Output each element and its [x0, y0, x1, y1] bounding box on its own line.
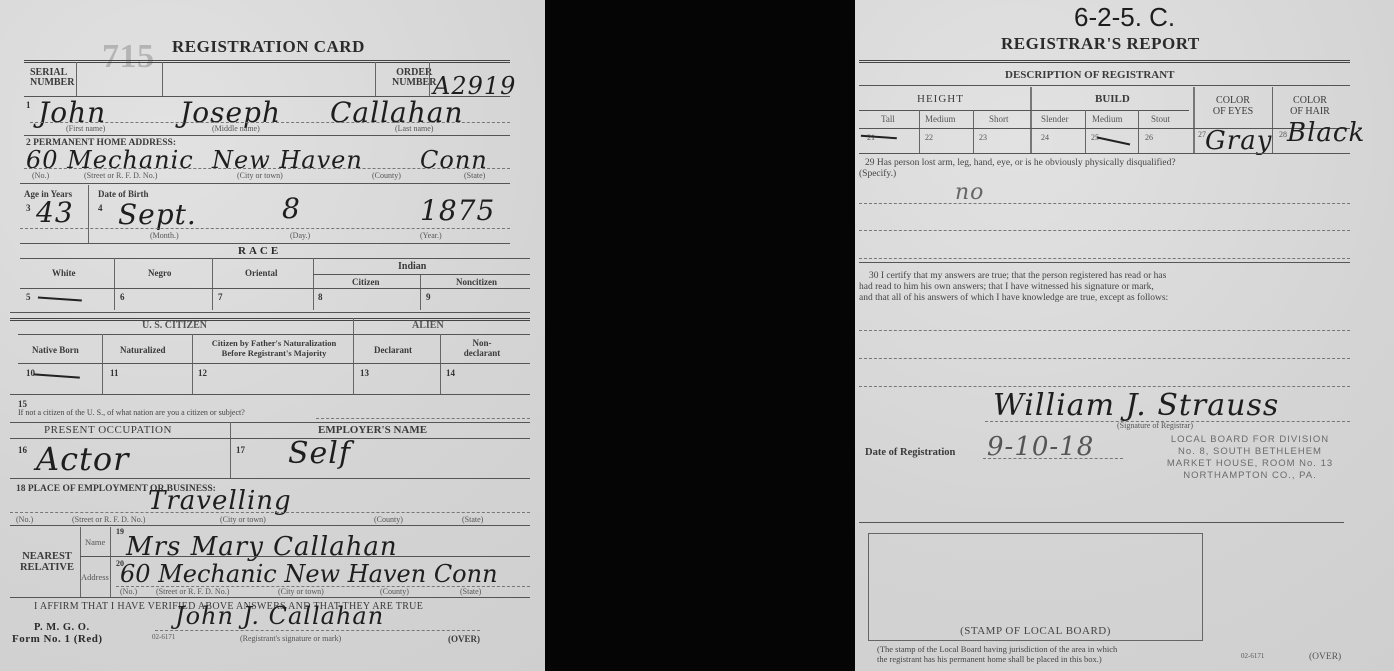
employer-field-number: 17 — [236, 445, 245, 455]
build-heading: BUILD — [1095, 93, 1130, 105]
rel-addr-label-street: (Street or R. F. D. No.) — [156, 587, 229, 596]
serial-label-line2: NUMBER — [30, 78, 74, 88]
race-col-negro: Negro — [148, 268, 171, 278]
height-field-23: 23 — [979, 133, 987, 142]
hair-heading-line1: COLOR — [1275, 95, 1345, 106]
citizen-field-14: 14 — [446, 368, 455, 378]
q30-certification: 30 I certify that my answers are true; t… — [859, 271, 1354, 304]
age-value: 43 — [36, 196, 74, 229]
registration-card-front: 715 REGISTRATION CARD SERIAL NUMBER ORDE… — [0, 0, 545, 671]
race-col-indian-citizen: Citizen — [352, 277, 380, 287]
registrant-signature-label: (Registrant's signature or mark) — [240, 634, 341, 643]
over-label: (OVER) — [448, 634, 480, 644]
occupation-heading: PRESENT OCCUPATION — [44, 424, 172, 436]
print-code: 02-6171 — [152, 633, 175, 641]
middle-name-label: (Middle name) — [212, 124, 260, 133]
nondeclarant-line2: declarant — [452, 348, 512, 358]
native-born-check-mark — [34, 369, 80, 378]
poe-label-state: (State) — [462, 515, 483, 524]
stamp-box: (STAMP OF LOCAL BOARD) — [868, 533, 1203, 641]
height-col-medium: Medium — [925, 114, 956, 124]
occupation-field-number: 16 — [18, 445, 27, 455]
age-field-number: 3 — [26, 203, 31, 213]
height-col-tall: Tall — [881, 114, 895, 124]
eye-color-value: Gray — [1205, 126, 1272, 156]
race-col-white: White — [52, 268, 76, 278]
dob-year-value: 1875 — [420, 194, 495, 227]
height-col-short: Short — [989, 114, 1009, 124]
poe-label-city: (City or town) — [220, 515, 266, 524]
hair-heading-line2: OF HAIR — [1275, 106, 1345, 117]
classification-number: 6-2-5. C. — [1074, 2, 1175, 33]
citizen-field-12: 12 — [198, 368, 207, 378]
date-of-registration-label: Date of Registration — [865, 447, 955, 458]
race-indian-heading: Indian — [398, 261, 426, 272]
hair-color-value: Black — [1287, 118, 1365, 148]
stamp-box-label: (STAMP OF LOCAL BOARD) — [869, 626, 1202, 637]
eye-heading-line2: OF EYES — [1199, 106, 1267, 117]
relative-name-value: Mrs Mary Callahan — [126, 532, 398, 562]
stamp-note-line2: the registrant has his permanent home sh… — [877, 654, 1117, 664]
alien-col-declarant: Declarant — [374, 345, 412, 355]
rel-addr-label-county: (County) — [380, 587, 409, 596]
hair-field-28: 28 — [1279, 130, 1287, 139]
us-citizen-heading: U. S. CITIZEN — [142, 320, 207, 331]
race-field-8: 8 — [318, 292, 323, 302]
citizen-col-native-born: Native Born — [32, 345, 79, 355]
dob-field-number: 4 — [98, 203, 103, 213]
dob-year-label: (Year.) — [420, 231, 442, 240]
nearest-relative-label: NEAREST RELATIVE — [14, 551, 80, 573]
employer-value: Self — [288, 436, 351, 471]
occupation-value: Actor — [36, 440, 129, 478]
addr-label-no: (No.) — [32, 171, 49, 180]
build-col-stout: Stout — [1151, 114, 1170, 124]
field-number: 1 — [26, 100, 31, 110]
serial-number-label: SERIAL NUMBER — [30, 68, 74, 88]
build-col-medium: Medium — [1092, 114, 1123, 124]
rel-addr-label-no: (No.) — [120, 587, 137, 596]
q29-question: 29 Has person lost arm, leg, hand, eye, … — [865, 158, 1176, 169]
q29-specify: (Specify.) — [859, 169, 896, 180]
q15-question: If not a citizen of the U. S., of what n… — [18, 408, 245, 417]
addr-label-street: (Street or R. F. D. No.) — [84, 171, 157, 180]
description-heading: DESCRIPTION OF REGISTRANT — [1005, 69, 1175, 81]
home-address-city: New Haven — [212, 146, 363, 174]
alien-heading: ALIEN — [412, 320, 444, 331]
last-name-label: (Last name) — [395, 124, 433, 133]
pmgo-label: P. M. G. O. — [34, 622, 90, 633]
father-naturalization-line1: Citizen by Father's Naturalization — [196, 338, 352, 348]
poe-label-street: (Street or R. F. D. No.) — [72, 515, 145, 524]
race-field-9: 9 — [426, 292, 431, 302]
relative-label: RELATIVE — [14, 562, 80, 573]
citizen-field-13: 13 — [360, 368, 369, 378]
dob-month-label: (Month.) — [150, 231, 179, 240]
citizen-col-naturalized: Naturalized — [120, 345, 166, 355]
home-address-state: Conn — [420, 146, 488, 174]
race-field-6: 6 — [120, 292, 125, 302]
dob-month-value: Sept. — [118, 198, 197, 231]
board-stamp-line2: No. 8, SOUTH BETHLEHEM — [1150, 446, 1350, 458]
addr-label-county: (County) — [372, 171, 401, 180]
race-white-check-mark — [38, 292, 82, 301]
rel-addr-label-city: (City or town) — [278, 587, 324, 596]
citizen-field-11: 11 — [110, 368, 119, 378]
stamp-note-line1: (The stamp of the Local Board having jur… — [877, 644, 1117, 654]
q30-line3: and that all of his answers of which I h… — [859, 293, 1354, 304]
race-col-oriental: Oriental — [245, 268, 278, 278]
board-stamp-line3: MARKET HOUSE, ROOM No. 13 — [1150, 458, 1350, 470]
eye-color-heading: COLOR OF EYES — [1199, 95, 1267, 117]
registration-card-back: 6-2-5. C. REGISTRAR'S REPORT DESCRIPTION… — [855, 0, 1394, 671]
home-address-street: 60 Mechanic — [26, 146, 194, 174]
race-field-7: 7 — [218, 292, 223, 302]
board-stamp-line1: LOCAL BOARD FOR DIVISION — [1150, 434, 1350, 446]
registrar-signature-label: (Signature of Registrar) — [1117, 421, 1193, 430]
local-board-stamp: LOCAL BOARD FOR DIVISION No. 8, SOUTH BE… — [1150, 434, 1350, 482]
height-field-22: 22 — [925, 133, 933, 142]
father-naturalization-line2: Before Registrant's Majority — [196, 348, 352, 358]
nearest-label: NEAREST — [14, 551, 80, 562]
dob-day-value: 8 — [282, 192, 301, 225]
poe-label-county: (County) — [374, 515, 403, 524]
relative-name-label: Name — [85, 537, 105, 547]
build-medium-check-mark — [1097, 131, 1132, 146]
q30-line2: had read to him his own answers; that I … — [859, 282, 1354, 293]
registrant-signature: John J. Callahan — [175, 602, 384, 630]
addr-label-state: (State) — [464, 171, 485, 180]
nondeclarant-line1: Non- — [452, 338, 512, 348]
card-title: REGISTRATION CARD — [172, 37, 365, 57]
addr-label-city: (City or town) — [237, 171, 283, 180]
q29-answer: no — [955, 180, 984, 205]
build-field-24: 24 — [1041, 133, 1049, 142]
q30-line1: 30 I certify that my answers are true; t… — [859, 271, 1354, 282]
relative-name-field-number: 19 — [116, 527, 124, 536]
rel-addr-label-state: (State) — [460, 587, 481, 596]
form-number-label: Form No. 1 (Red) — [12, 633, 102, 645]
back-over-label: (OVER) — [1309, 652, 1341, 663]
eye-heading-line1: COLOR — [1199, 95, 1267, 106]
back-print-code: 02-6171 — [1241, 652, 1264, 660]
build-col-slender: Slender — [1041, 114, 1069, 124]
registrar-signature: William J. Strauss — [993, 388, 1279, 423]
relative-address-label: Address — [81, 572, 109, 582]
height-heading: HEIGHT — [917, 93, 964, 105]
employer-heading: EMPLOYER'S NAME — [318, 424, 427, 436]
relative-address-value: 60 Mechanic New Haven Conn — [120, 560, 498, 588]
build-field-26: 26 — [1145, 133, 1153, 142]
alien-col-nondeclarant: Non- declarant — [452, 338, 512, 358]
hair-color-heading: COLOR OF HAIR — [1275, 95, 1345, 117]
registrar-report-title: REGISTRAR'S REPORT — [1001, 34, 1200, 54]
poe-label-no: (No.) — [16, 515, 33, 524]
board-stamp-line4: NORTHAMPTON CO., PA. — [1150, 470, 1350, 482]
dob-day-label: (Day.) — [290, 231, 310, 240]
race-field-5: 5 — [26, 292, 31, 302]
first-name-label: (First name) — [66, 124, 105, 133]
race-col-indian-noncitizen: Noncitizen — [456, 277, 497, 287]
citizen-col-father-naturalization: Citizen by Father's Naturalization Befor… — [196, 338, 352, 358]
stamp-instructions: (The stamp of the Local Board having jur… — [877, 644, 1117, 664]
faint-serial-stamp: 715 — [102, 38, 155, 76]
race-heading: RACE — [238, 245, 281, 257]
